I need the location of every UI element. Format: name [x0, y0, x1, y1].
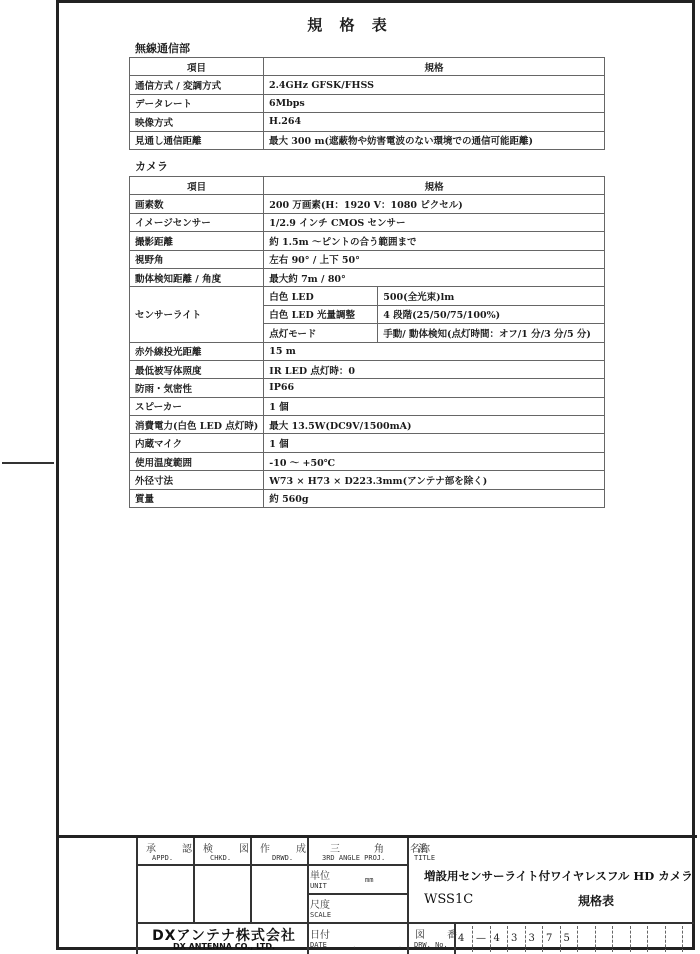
- row-spec: 1 個: [264, 397, 605, 415]
- row-item: 消費電力(白色 LED 点灯時): [130, 416, 264, 434]
- name-label-en: TITLE: [414, 854, 435, 862]
- row-item: イメージセンサー: [130, 213, 264, 231]
- row-spec: 左右 90° / 上下 50°: [264, 250, 605, 268]
- drawing-no-digit: [682, 926, 694, 952]
- table-row: 質量約 560g: [130, 489, 605, 507]
- table-row: データレート6Mbps: [130, 94, 605, 112]
- row-spec: 1/2.9 インチ CMOS センサー: [264, 213, 605, 231]
- table-header: 項目 規格: [130, 177, 605, 195]
- row-item: 赤外線投光距離: [130, 342, 264, 360]
- title-block: 承 認 APPD. 検 図 CHKD. 作 成 DRWD. 三 角 法 3RD …: [58, 835, 697, 952]
- row-item: 使用温度範囲: [130, 452, 264, 470]
- row-item: 視野角: [130, 250, 264, 268]
- appd-label: 承 認: [146, 840, 202, 855]
- drawing-no-digit: —: [472, 926, 490, 952]
- row-spec: 最大 13.5W(DC9V/1500mA): [264, 416, 605, 434]
- date-label-en: DATE: [310, 941, 327, 949]
- drawing-no-digit: 7: [542, 926, 560, 952]
- drawing-no-digit: 3: [507, 926, 525, 952]
- table-row: 最低被写体照度IR LED 点灯時：0: [130, 360, 605, 378]
- section-label-camera: カメラ: [135, 158, 168, 174]
- row-spec: 最大 300 m(遮蔽物や妨害電波のない環境での通信可能距離): [264, 131, 605, 149]
- fold-mark: [2, 462, 54, 464]
- scale-label-en: SCALE: [310, 911, 331, 919]
- row-spec: 200 万画素(H：1920 V：1080 ピクセル): [264, 195, 605, 213]
- row-item: 映像方式: [130, 113, 264, 131]
- row-item: センサーライト: [130, 287, 264, 342]
- date-label: 日付: [310, 926, 330, 941]
- drawing-no-digit: [630, 926, 648, 952]
- unit-label-en: UNIT: [310, 882, 327, 890]
- header-spec: 規格: [264, 58, 605, 76]
- table-row: 撮影距離約 1.5m ～ピントの合う範囲まで: [130, 232, 605, 250]
- row-spec: 約 1.5m ～ピントの合う範囲まで: [264, 232, 605, 250]
- drawing-no-digit: [612, 926, 630, 952]
- unit-value: mm: [365, 876, 373, 884]
- row-spec: -10 ～ +50℃: [264, 452, 605, 470]
- row-item: 外径寸法: [130, 471, 264, 489]
- table-row: 画素数200 万画素(H：1920 V：1080 ピクセル): [130, 195, 605, 213]
- row-spec: IP66: [264, 379, 605, 397]
- table-row: 防雨・気密性IP66: [130, 379, 605, 397]
- table-row: 視野角左右 90° / 上下 50°: [130, 250, 605, 268]
- row-item: 見通し通信距離: [130, 131, 264, 149]
- sub-spec: 手動/ 動体検知(点灯時間：オフ/1 分/3 分/5 分): [378, 324, 605, 342]
- drwd-label: 作 成: [260, 840, 316, 855]
- name-label: 名称: [410, 840, 430, 855]
- divider: [307, 893, 407, 895]
- sub-spec: 4 段階(25/50/75/100%): [378, 305, 605, 323]
- divider: [136, 922, 694, 924]
- header-spec: 規格: [264, 177, 605, 195]
- row-item: 画素数: [130, 195, 264, 213]
- row-spec: 2.4GHz GFSK/FHSS: [264, 76, 605, 94]
- header-item: 項目: [130, 177, 264, 195]
- drawing-no-digit: 4: [455, 926, 473, 952]
- spec-table-camera: 項目 規格 画素数200 万画素(H：1920 V：1080 ピクセル) イメー…: [129, 176, 605, 508]
- product-name: 増設用センサーライト付ワイヤレスフル HD カメラ: [424, 868, 693, 884]
- company-name-en: DX ANTENNA CO., LTD.: [138, 942, 310, 951]
- sub-spec: 500(全光束)lm: [378, 287, 605, 305]
- scale-label: 尺度: [310, 896, 330, 911]
- sub-item: 白色 LED: [264, 287, 378, 305]
- drawing-no-digit: [595, 926, 613, 952]
- table-row: イメージセンサー1/2.9 インチ CMOS センサー: [130, 213, 605, 231]
- table-row: スピーカー1 個: [130, 397, 605, 415]
- row-item: 防雨・気密性: [130, 379, 264, 397]
- row-spec: W73 × H73 × D223.3mm(アンテナ部を除く): [264, 471, 605, 489]
- sub-item: 点灯モード: [264, 324, 378, 342]
- table-row: 消費電力(白色 LED 点灯時)最大 13.5W(DC9V/1500mA): [130, 416, 605, 434]
- document-name: 規格表: [578, 892, 614, 909]
- appd-label-en: APPD.: [152, 854, 173, 862]
- table-row: 映像方式H.264: [130, 113, 605, 131]
- row-item: 最低被写体照度: [130, 360, 264, 378]
- row-item: データレート: [130, 94, 264, 112]
- table-row: 外径寸法W73 × H73 × D223.3mm(アンテナ部を除く): [130, 471, 605, 489]
- table-row: 通信方式 / 変調方式2.4GHz GFSK/FHSS: [130, 76, 605, 94]
- row-item: スピーカー: [130, 397, 264, 415]
- table-row: 内蔵マイク1 個: [130, 434, 605, 452]
- projection-label-en: 3RD ANGLE PROJ.: [322, 854, 385, 862]
- table-header: 項目 規格: [130, 58, 605, 76]
- divider: [407, 838, 409, 954]
- drawing-no-digit: [647, 926, 665, 952]
- row-item: 内蔵マイク: [130, 434, 264, 452]
- drawing-no-digit: 4: [490, 926, 508, 952]
- row-spec: 最大約 7m / 80°: [264, 268, 605, 286]
- drawing-no-label-en: DRW. No.: [414, 941, 448, 949]
- row-spec: 1 個: [264, 434, 605, 452]
- table-row: 赤外線投光距離15 m: [130, 342, 605, 360]
- table-row: 見通し通信距離最大 300 m(遮蔽物や妨害電波のない環境での通信可能距離): [130, 131, 605, 149]
- drwd-label-en: DRWD.: [272, 854, 293, 862]
- row-spec: IR LED 点灯時：0: [264, 360, 605, 378]
- drawing-no-digit: [665, 926, 683, 952]
- document-title: 規 格 表: [0, 14, 700, 35]
- table-row: 動体検知距離 / 角度最大約 7m / 80°: [130, 268, 605, 286]
- model-number: WSS1C: [424, 892, 473, 907]
- row-item: 質量: [130, 489, 264, 507]
- unit-label: 単位: [310, 867, 330, 882]
- row-spec: 6Mbps: [264, 94, 605, 112]
- row-spec: H.264: [264, 113, 605, 131]
- row-item: 動体検知距離 / 角度: [130, 268, 264, 286]
- table-row: 使用温度範囲-10 ～ +50℃: [130, 452, 605, 470]
- divider: [136, 864, 408, 866]
- row-item: 通信方式 / 変調方式: [130, 76, 264, 94]
- header-item: 項目: [130, 58, 264, 76]
- sub-item: 白色 LED 光量調整: [264, 305, 378, 323]
- drawing-no-digit: 3: [525, 926, 543, 952]
- section-label-wireless: 無線通信部: [135, 40, 190, 56]
- chkd-label-en: CHKD.: [210, 854, 231, 862]
- drawing-no-digit: 5: [560, 926, 578, 952]
- spec-table-wireless: 項目 規格 通信方式 / 変調方式2.4GHz GFSK/FHSS データレート…: [129, 57, 605, 150]
- drawing-no-digit: [577, 926, 595, 952]
- table-row-sensor-light: センサーライト 白色 LED 500(全光束)lm: [130, 287, 605, 305]
- row-spec: 約 560g: [264, 489, 605, 507]
- row-spec: 15 m: [264, 342, 605, 360]
- row-item: 撮影距離: [130, 232, 264, 250]
- chkd-label: 検 図: [203, 840, 259, 855]
- date-value: . .: [352, 941, 420, 950]
